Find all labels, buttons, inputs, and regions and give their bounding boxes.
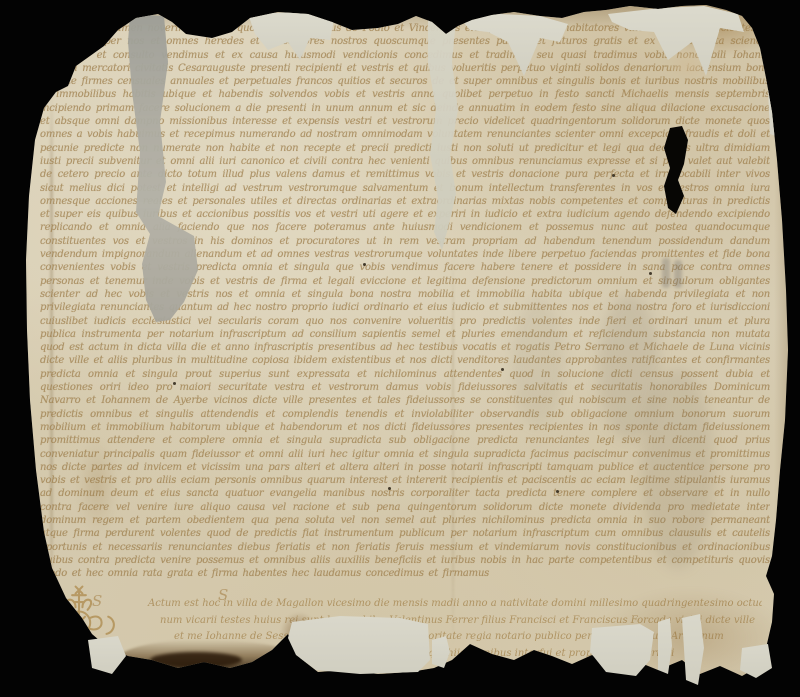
edge-shading-bottom (0, 669, 800, 697)
ink-speck (388, 487, 391, 490)
ink-speck (612, 174, 615, 177)
sig-line: num vicarii testes huius rei sunt honora… (160, 613, 762, 630)
gray-ink-rub-mark (674, 260, 682, 288)
scorched-bottom-edge-dark (150, 652, 242, 668)
edge-shading-right (774, 0, 800, 697)
fold-shadow-smudge (642, 368, 714, 568)
gray-ink-rub-mark (662, 258, 670, 288)
ink-speck (173, 382, 176, 385)
ink-speck (363, 263, 366, 266)
ink-speck (556, 490, 559, 493)
parchment-document: In dei nomine amen noverint universi quo… (0, 0, 800, 697)
ink-speck (501, 368, 504, 371)
edge-shading-left (0, 0, 30, 697)
signum-mark: S (92, 592, 102, 610)
torn-flap-bottom-center-left (288, 614, 432, 676)
ink-speck (649, 272, 652, 275)
fold-shadow-smudge (512, 300, 564, 425)
photograph-background: In dei nomine amen noverint universi quo… (0, 0, 800, 697)
signum-mark: S (218, 586, 228, 604)
torn-flap-bottom-center-right (588, 620, 658, 680)
sig-line: Actum est hoc in villa de Magallon vices… (148, 596, 762, 613)
